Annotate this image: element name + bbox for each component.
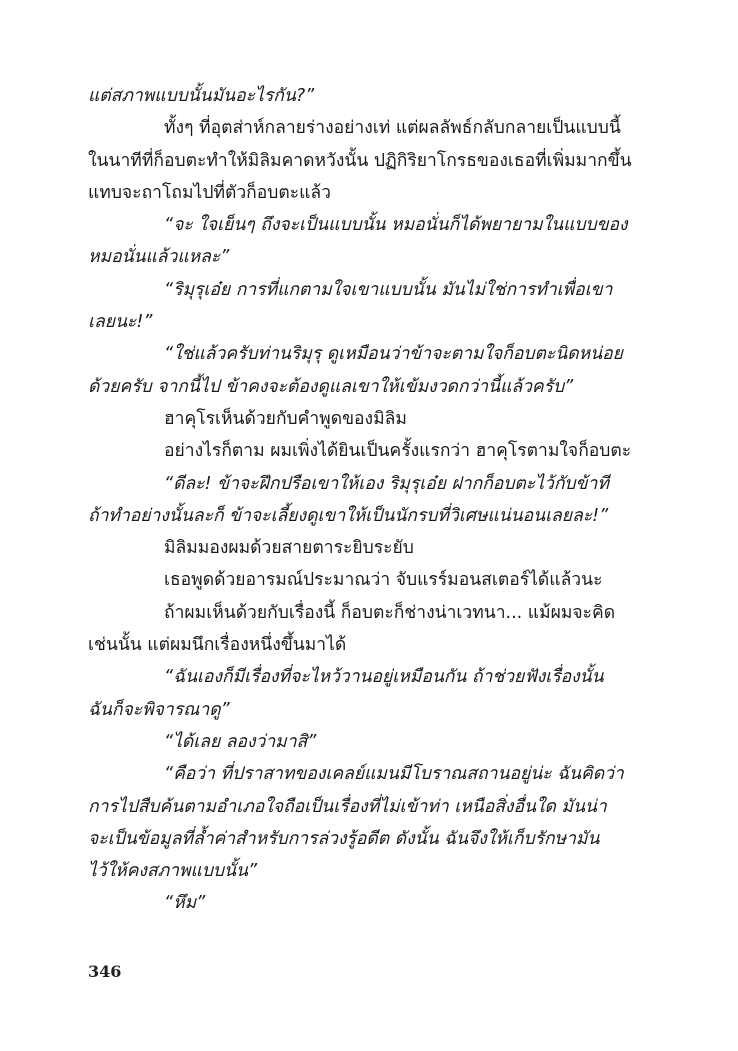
text-line: อย่างไรก็ตาม ผมเพิ่งได้ยินเป็นครั้งแรกว่… [88, 435, 656, 467]
text-line: ฮาคุโรเห็นด้วยกับคำพูดของมิลิม [88, 403, 656, 435]
text-line: ไว้ให้คงสภาพแบบนั้น” [88, 855, 656, 887]
text-line: ในนาทีที่ก็อบตะทำให้มิลิมคาดหวังนั้น ปฏิ… [88, 145, 656, 177]
text-line: “ดีละ! ข้าจะฝึกปรือเขาให้เอง ริมุรุเอ๋ย … [88, 468, 656, 500]
text-line: “จะ ใจเย็นๆ ถึงจะเป็นแบบนั้น หมอนั่นก็ได… [88, 209, 656, 241]
text-line: เธอพูดด้วยอารมณ์ประมาณว่า จับแรร์มอนสเตอ… [88, 564, 656, 596]
text-line: แทบจะถาโถมไปที่ตัวก็อบตะแล้ว [88, 177, 656, 209]
text-line: “ริมุรุเอ๋ย การที่แกตามใจเขาแบบนั้น มันไ… [88, 274, 656, 306]
text-line: “ได้เลย ลองว่ามาสิ” [88, 726, 656, 758]
text-line: ถ้าผมเห็นด้วยกับเรื่องนี้ ก็อบตะก็ช่างน่… [88, 597, 656, 629]
text-line: “คือว่า ที่ปราสาทของเคลย์แมนมีโบราณสถานอ… [88, 758, 656, 790]
text-line: มิลิมมองผมด้วยสายตาระยิบระยับ [88, 532, 656, 564]
text-line: การไปสืบค้นตามอำเภอใจถือเป็นเรื่องที่ไม่… [88, 791, 656, 823]
text-line: ถ้าทำอย่างนั้นละก็ ข้าจะเลี้ยงดูเขาให้เป… [88, 500, 656, 532]
book-page-text: แต่สภาพแบบนั้นมันอะไรกัน?” ทั้งๆ ที่อุตส… [88, 80, 656, 920]
text-line: เลยนะ!” [88, 306, 656, 338]
text-line: ฉันก็จะพิจารณาดู” [88, 694, 656, 726]
text-line: “หึม” [88, 887, 656, 919]
text-line: เช่นนั้น แต่ผมนึกเรื่องหนึ่งขึ้นมาได้ [88, 629, 656, 661]
text-line: “ใช่แล้วครับท่านริมุรุ ดูเหมือนว่าข้าจะต… [88, 338, 656, 370]
text-line: จะเป็นข้อมูลที่ล้ำค่าสำหรับการล่วงรู้อดี… [88, 823, 656, 855]
text-line: “ฉันเองก็มีเรื่องที่จะไหว้วานอยู่เหมือนก… [88, 661, 656, 693]
page-number: 346 [88, 962, 121, 981]
text-line: หมอนั่นแล้วแหละ” [88, 241, 656, 273]
text-line: ด้วยครับ จากนี้ไป ข้าคงจะต้องดูแลเขาให้เ… [88, 371, 656, 403]
text-line: ทั้งๆ ที่อุตส่าห์กลายร่างอย่างเท่ แต่ผลล… [88, 112, 656, 144]
text-line: แต่สภาพแบบนั้นมันอะไรกัน?” [88, 80, 656, 112]
